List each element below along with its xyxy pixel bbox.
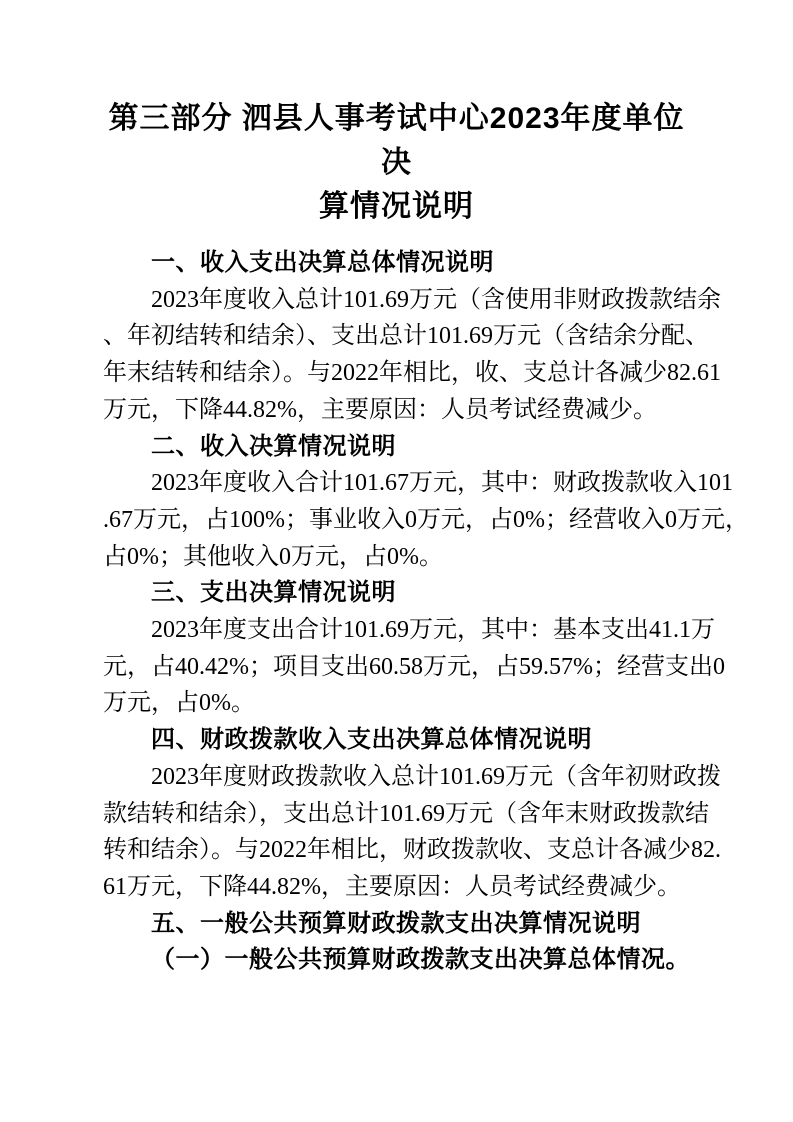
section-4-paragraph-line: 转和结余）。与2022年相比，财政拨款收、支总计各减少82. <box>103 832 690 869</box>
section-3-paragraph-line: 元，占40.42%；项目支出60.58万元，占59.57%；经营支出0 <box>103 649 690 686</box>
section-2-paragraph-line: 2023年度收入合计101.67万元，其中：财政拨款收入101 <box>103 465 690 502</box>
title-line-1: 第三部分 泗县人事考试中心2023年度单位决 <box>103 97 690 185</box>
document-body: 一、收入支出决算总体情况说明 2023年度收入总计101.69万元（含使用非财政… <box>103 245 690 979</box>
section-4-paragraph-line: 款结转和结余），支出总计101.69万元（含年末财政拨款结 <box>103 796 690 833</box>
section-1-paragraph-line: 2023年度收入总计101.69万元（含使用非财政拨款结余 <box>103 282 690 319</box>
section-5-heading: 五、一般公共预算财政拨款支出决算情况说明 <box>103 906 690 943</box>
section-2-heading: 二、收入决算情况说明 <box>103 429 690 466</box>
section-3-paragraph-line: 2023年度支出合计101.69万元，其中：基本支出41.1万 <box>103 612 690 649</box>
document-content: 第三部分 泗县人事考试中心2023年度单位决 算情况说明 一、收入支出决算总体情… <box>103 97 690 979</box>
section-2-paragraph-line: 占0%；其他收入0万元，占0%。 <box>103 539 690 576</box>
document-page: 第三部分 泗县人事考试中心2023年度单位决 算情况说明 一、收入支出决算总体情… <box>0 0 793 1122</box>
section-3-paragraph-line: 万元，占0%。 <box>103 685 690 722</box>
section-1-heading: 一、收入支出决算总体情况说明 <box>103 245 690 282</box>
section-3-heading: 三、支出决算情况说明 <box>103 575 690 612</box>
section-4-paragraph-line: 2023年度财政拨款收入总计101.69万元（含年初财政拨 <box>103 759 690 796</box>
section-2-paragraph-line: .67万元，占100%；事业收入0万元，占0%；经营收入0万元， <box>103 502 690 539</box>
section-4-heading: 四、财政拨款收入支出决算总体情况说明 <box>103 722 690 759</box>
document-title: 第三部分 泗县人事考试中心2023年度单位决 算情况说明 <box>103 97 690 229</box>
title-line-2: 算情况说明 <box>103 185 690 229</box>
section-4-paragraph-line: 61万元，下降44.82%，主要原因：人员考试经费减少。 <box>103 869 690 906</box>
section-1-paragraph-line: 年末结转和结余）。与2022年相比，收、支总计各减少82.61 <box>103 355 690 392</box>
section-1-paragraph-line: 万元，下降44.82%，主要原因：人员考试经费减少。 <box>103 392 690 429</box>
section-5-subheading: （一）一般公共预算财政拨款支出决算总体情况。 <box>103 942 690 979</box>
section-1-paragraph-line: 、年初结转和结余）、支出总计101.69万元（含结余分配、 <box>103 318 690 355</box>
